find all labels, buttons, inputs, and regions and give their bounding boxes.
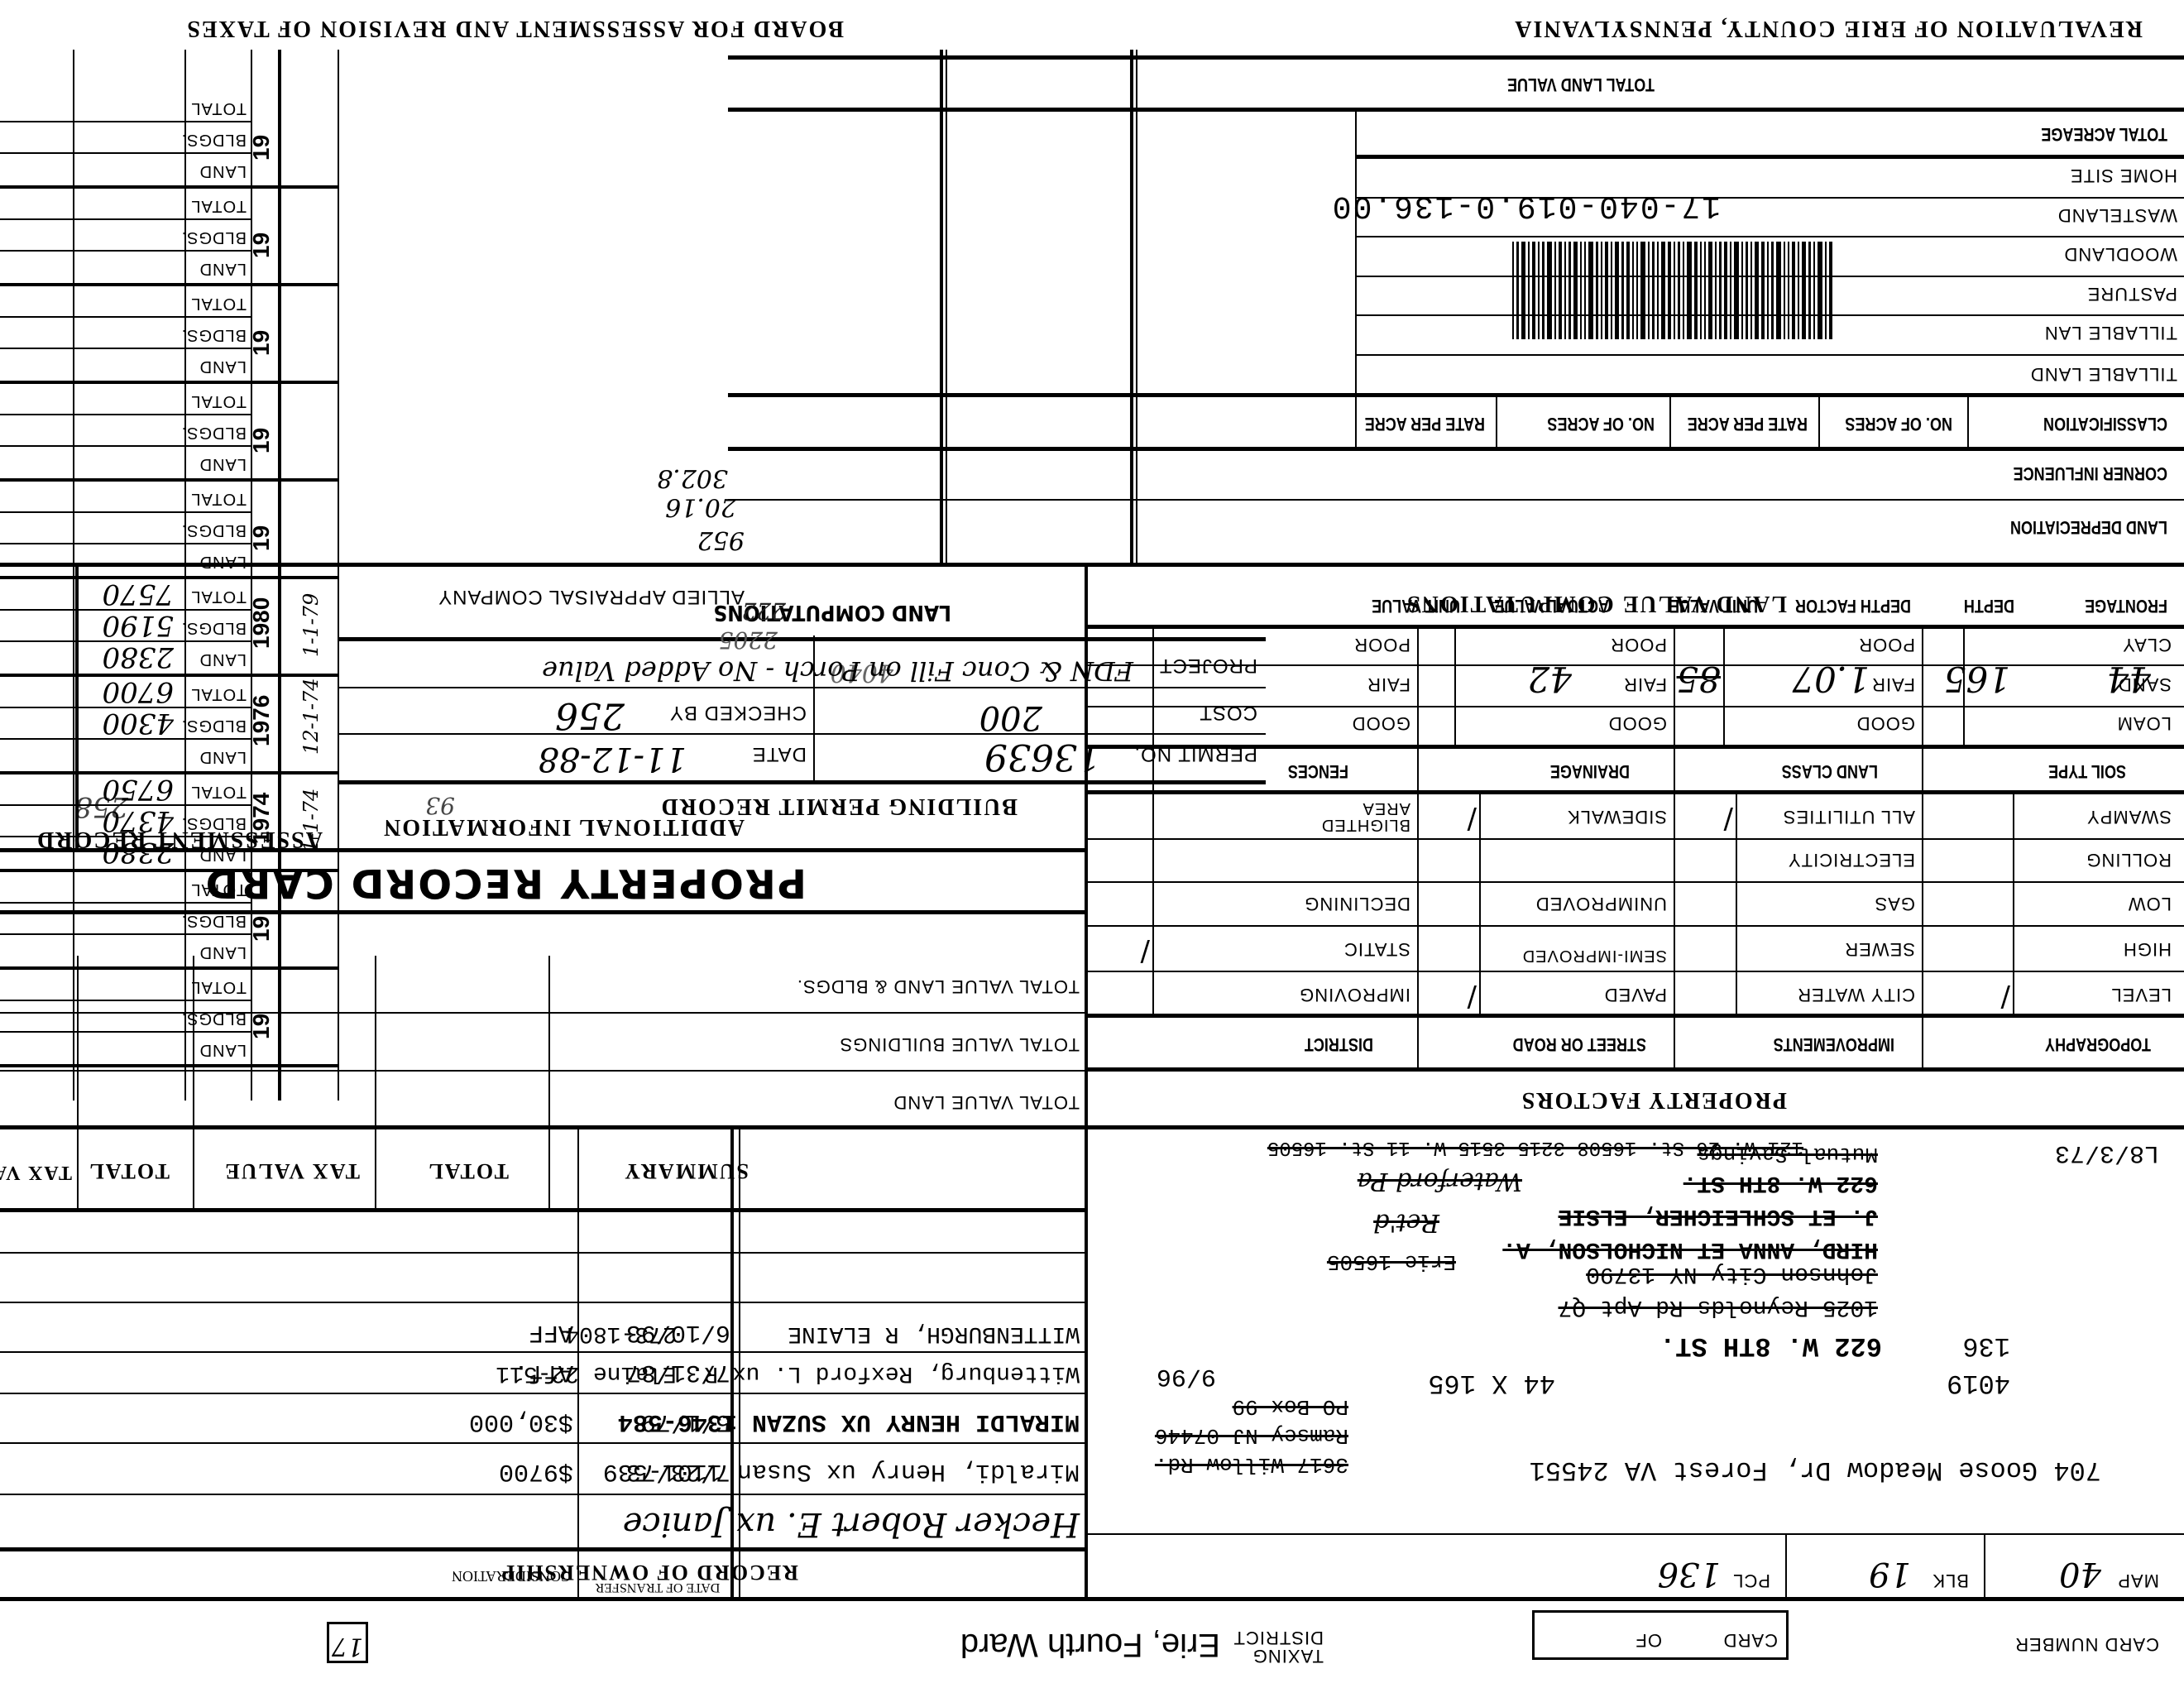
factor-semi-improved[interactable]: SEMI-IMPROVED [1518,947,1667,964]
land-comp-5: 302.8 [657,463,728,492]
lvc-unit-value-2: UNIT VALUE [1372,595,1460,616]
date-row-1: 7/23/73 [626,1457,730,1485]
blk-label: BLK [1932,1570,1969,1591]
factor-electricity[interactable]: ELECTRICITY [1788,849,1915,870]
assessment-value: 6750 [102,773,174,806]
summary-header: SUMMARY [623,1158,749,1183]
lvc-header-row: FRONTAGE DEPTH DEPTH FACTOR UNIT VALUE A… [1274,567,2184,641]
revaluation-title: REVALUATION OF ERIE COUNTY, PENNSYLVANIA [1513,15,2143,41]
assessment-value: 6700 [102,675,174,708]
pcl-value: 136 [1658,1555,1721,1593]
assessment-row-label: TOTAL [190,977,247,996]
factor-unimproved[interactable]: UNIMPROVED [1535,893,1667,914]
taxing-district-value: Erie, Fourth Ward [960,1626,1220,1663]
assessment-row-label: LAND [199,650,247,669]
lvc-frontage-value: 44 [2107,659,2151,699]
rate-per-acre-2: RATE PER ACRE [1365,413,1485,434]
assessment-row-label: TOTAL [190,782,247,801]
factor-gas[interactable]: GAS [1875,893,1915,914]
factor-blighted-area[interactable]: BLIGHTED AREA [1286,800,1410,833]
factor-low[interactable]: LOW [2128,893,2172,914]
checked-by-value[interactable]: 256 [555,694,625,736]
date-row-4: 6/10/93 [626,1318,730,1346]
factor-all-utilities[interactable]: ALL UTILITIES [1783,806,1915,827]
factor-static[interactable]: STATIC [1343,938,1410,960]
property-factors-header: PROPERTY FACTORS [1521,1086,1787,1113]
total-land-value-label: TOTAL LAND VALUE [1507,74,1655,95]
lvc-depth-factor: DEPTH FACTOR [1795,595,1911,616]
prior-address-3: 622 W. 8TH ST. [1683,1170,1878,1196]
summary-row-buildings: TOTAL VALUE BUILDINGS [840,1033,1080,1055]
fences-fair[interactable]: FAIR [1367,674,1410,695]
assessment-row-label: TOTAL [190,391,247,410]
prior-address-1: 1025 Reynolds Rd Apt Q7 [1559,1294,1878,1320]
assessment-block: 19LANDBLDGS.TOTAL [0,970,339,1067]
district-header: DISTRICT [1305,1033,1373,1055]
summary-total-header-2: TOTAL [88,1158,170,1183]
parcel-id-text: 17-040-019.0-136.00 [1331,188,1721,223]
acreage-wasteland: WASTELAND [2057,204,2177,226]
check-all-utilities-icon: / [1724,803,1733,836]
assessment-date-note: 12-1-74 [299,678,323,755]
assessment-row-label: BLDGS. [181,325,247,344]
assessment-block: 19LANDBLDGS.TOTAL [0,482,339,579]
factor-paved[interactable]: PAVED [1604,984,1667,1005]
taxing-district-label: TAXING DISTRICT [1233,1628,1324,1665]
prior-ramsey: Ramsey NJ 07446 [1155,1423,1348,1448]
consideration-row-2: $30,000 [469,1407,573,1436]
land-class-header: LAND CLASS [1782,760,1878,782]
classification-label: CLASSIFICATION [2043,413,2167,434]
assessment-row-label: TOTAL [190,684,247,703]
total-acreage-label: TOTAL ACREAGE [2041,123,2167,145]
summary-row-land: TOTAL VALUE LAND [893,1091,1080,1113]
assessment-row-label: TOTAL [190,489,247,508]
lvc-unit-value-1: UNIT VALUE [1669,595,1758,616]
assessment-row-label: LAND [199,942,247,961]
assessment-year: 19 [248,1014,275,1039]
assessment-year: 19 [248,428,275,453]
owner-address: 704 Goose Meadow Dr, Forest VA 24551 [1530,1455,2101,1485]
factor-rolling[interactable]: ROLLING [2086,849,2172,870]
assessment-row-label: LAND [199,259,247,278]
assessment-row-label: LAND [199,1040,247,1059]
assessment-row-label: TOTAL [190,196,247,215]
consideration-row-4: AFF [529,1318,573,1346]
assessment-value: 2380 [102,836,174,869]
factor-high[interactable]: HIGH [2123,938,2172,960]
assessment-row-label: LAND [199,161,247,180]
card-of-box[interactable]: CARD OF [1532,1610,1789,1660]
assessment-row-label: TOTAL [190,587,247,606]
lvc-unit-value-value: 85 [1677,659,1721,699]
dimensions-value: 44 X 165 [1428,1368,1555,1398]
assessment-row-label: BLDGS. [181,618,247,637]
date-note-1: L8/3/73 [2055,1139,2159,1167]
parcel-barcode [1357,242,1832,339]
assessment-row-label: TOTAL [190,98,247,117]
lvc-frontage: FRONTAGE [2085,595,2167,616]
assessment-date-note: 1-1-74 [299,789,323,852]
district-code-box: 17 [327,1622,368,1663]
code-value: 4019 [1947,1368,2010,1398]
soil-loam[interactable]: LOAM [2117,712,2172,734]
prior-address-2: Johnson City NY 13790 [1586,1261,1878,1287]
land-comp-1: 222 [742,597,786,625]
assessment-row-label: BLDGS. [181,813,247,832]
fences-header: FENCES [1288,760,1348,782]
lvc-actual-value-value: 42 [1528,659,1572,699]
rate-per-acre-1: RATE PER ACRE [1688,413,1808,434]
date-row-3: 7/31/87 [626,1358,730,1386]
drainage-fair[interactable]: FAIR [1623,674,1667,695]
assessment-row-label: BLDGS. [181,716,247,735]
factor-swampy[interactable]: SWAMPY [2086,806,2172,827]
check-static-icon: / [1141,935,1150,968]
drainage-header: DRAINAGE [1550,760,1630,782]
assessment-row-label: BLDGS. [181,423,247,442]
assessment-row-label: BLDGS. [181,130,247,149]
map-label: MAP [2117,1570,2159,1591]
corner-influence-label: CORNER INFLUENCE [2014,463,2167,484]
drainage-good[interactable]: GOOD [1608,712,1667,734]
lvc-depth: DEPTH [1964,595,2014,616]
land-class-fair[interactable]: FAIR [1871,674,1915,695]
land-comp-4: 20.16 [665,492,736,521]
map-value: 40 [2059,1555,2101,1593]
assessment-row-label: BLDGS. [181,228,247,247]
prior-retd: Ret'd [1373,1208,1439,1237]
permit-no-label: PERMIT NO. [1133,742,1257,765]
factor-improving[interactable]: IMPROVING [1299,984,1410,1005]
assessment-row-label: LAND [199,552,247,571]
project-label: PROJECT [1159,654,1257,677]
prior-owner-2: J. ET SCHLEICHER, ELSIE [1559,1203,1878,1229]
assessment-record: 19LANDBLDGS.TOTAL19LANDBLDGS.TOTAL19741-… [0,50,339,1101]
land-comp-2: 2205 [719,626,778,654]
acreage-home-site: HOME SITE [2070,165,2177,186]
assessment-block: 19801-1-79LAND2380BLDGS.5190TOTAL7570 [0,579,339,677]
parcel-number-value: 136 [1962,1331,2010,1361]
prior-waterford: Waterford Pa [1358,1167,1522,1196]
assessment-row-label: TOTAL [190,294,247,313]
improvements-header: IMPROVEMENTS [1774,1033,1894,1055]
topography-header: TOPOGRAPHY [2045,1033,2151,1055]
acreage-tillable-lan: TILLABLE LAN [2044,322,2177,343]
assessment-block: 19LANDBLDGS.TOTAL [0,91,339,189]
acreage-pasture: PASTURE [2087,283,2177,305]
factor-declining[interactable]: DECLINING [1304,893,1410,914]
date-note-2: 9/96 [1157,1362,1216,1390]
assessment-value: 7570 [102,578,174,611]
checked-by-label: CHECKED BY [669,701,807,724]
assessment-year: 19 [248,330,275,356]
assessment-value: 4370 [102,804,174,837]
prior-willow: 3617 Willow Rd. [1155,1452,1348,1477]
check-paved-icon: / [1468,981,1477,1014]
street-road-header: STREET OR ROAD [1513,1033,1646,1055]
acreage-woodland: WOODLAND [2063,243,2177,265]
assessment-block: 19741-1-74LAND2380BLDGS.4370TOTAL6750 [0,774,339,872]
soil-type-header: SOIL TYPE [2048,760,2126,782]
assessment-date-note: 1-1-79 [299,593,323,657]
permit-no-value[interactable]: 13639 [984,736,1100,778]
factor-city-water[interactable]: CITY WATER [1797,984,1915,1005]
assessment-row-label: BLDGS. [181,520,247,539]
building-permit-record: BUILDING PERMIT RECORD 93 PERMIT NO. 136… [339,563,1266,836]
summary-tax-header-2: TAX VALUE [0,1161,72,1183]
prior-address-26st: 121 W. 26 St. 16508 3215 3515 W. 11 St. … [1267,1136,1803,1158]
fences-good[interactable]: GOOD [1352,712,1410,734]
of-label: OF [1635,1629,1662,1651]
assessment-row-label: LAND [199,357,247,376]
lvc-depth-value: 165 [1944,659,2010,699]
assessment-value: 5190 [102,609,174,642]
land-class-good[interactable]: GOOD [1856,712,1915,734]
valuation-grid [728,50,1357,563]
factor-sidewalk[interactable]: SIDEWALK [1567,806,1667,827]
pcl-label: PCL [1732,1570,1770,1591]
parcel-info-panel: MAP 40 BLK 19 PCL 136 704 Goose Meadow D… [1088,1129,2184,1601]
assessment-value: 4300 [102,707,174,740]
assessment-row-label: LAND [199,747,247,766]
owner-row-3: Wittenburg, Rexford L. ux R. Elaine 22-5… [496,1360,1080,1386]
assessment-block: 19LANDBLDGS.TOTAL [0,189,339,286]
date-of-transfer-header: DATE OF TRANSFER [591,1580,724,1594]
cost-value[interactable]: 200 [979,698,1042,736]
no-of-acres-2: NO. OF ACRES [1547,413,1655,434]
consideration-row-1: $9700 [499,1457,573,1485]
factor-level[interactable]: LEVEL [2111,984,2172,1005]
owner-row-0: Hecker Robert E. ux Janice [623,1505,1080,1543]
building-permit-header: BUILDING PERMIT RECORD [660,793,1018,819]
assessment-row-label: LAND [199,845,247,864]
assessment-row-label: BLDGS. [181,911,247,930]
assessment-block: 19LANDBLDGS.TOTAL [0,384,339,482]
prior-owner-1: HIRD, ANNA ET NICHOLSON, A. [1502,1236,1878,1262]
date-row-2: 5/1/79 [641,1407,730,1436]
assessment-year: 19 [248,916,275,942]
board-title: BOARD FOR ASSESSMENT AND REVISION OF TAX… [185,15,844,41]
assessment-row-label: LAND [199,454,247,473]
project-value[interactable]: FDN & Conc Fill on Porch - No Added Valu… [542,655,1133,687]
cost-label: COST [1199,701,1257,724]
summary-tax-header-1: TAX VALUE [223,1158,360,1183]
permit-date-label: DATE [752,742,807,765]
permit-side-note: 93 [425,792,455,819]
card-number-label: CARD NUMBER [2014,1633,2159,1655]
assessment-block: 197612-1-74LANDBLDGS.4300TOTAL6700 [0,677,339,774]
assessment-block: 19LANDBLDGS.TOTAL [0,286,339,384]
assessment-value: 2380 [102,640,174,674]
lvc-actual-value-1: ACTUAL VALUE [1494,595,1609,616]
consideration-header: CONSIDERATION [452,1567,571,1585]
consideration-row-3: Aff. [514,1358,573,1386]
factor-sewer[interactable]: SEWER [1844,938,1915,960]
assessment-year: 19 [248,233,275,258]
summary-row-total: TOTAL VALUE LAND & BLDGS. [797,976,1080,997]
assessment-row-label: BLDGS. [181,1009,247,1028]
summary-total-header-1: TOTAL [427,1158,509,1183]
assessment-row-label: TOTAL [190,880,247,899]
prior-erie: Erie 16505 [1327,1249,1456,1274]
card-label: CARD [1723,1629,1778,1651]
no-of-acres-1: NO. OF ACRES [1845,413,1952,434]
blk-value: 19 [1869,1555,1911,1593]
lvc-depth-factor-value: 1.07 [1792,659,1870,699]
acreage-tillable-land: TILLABLE LAND [2030,363,2177,385]
land-depreciation-label: LAND DEPRECIATION [2010,516,2167,538]
record-of-ownership: RECORD OF OWNERSHIP DATE OF TRANSFER CON… [0,1129,1088,1601]
location-value: 622 W. 8TH ST. [1660,1331,1882,1361]
property-record-card: CARD NUMBER CARD OF TAXING DISTRICT Erie… [0,0,2184,1688]
prior-po-box: PO Box 99 [1233,1394,1348,1419]
assessment-year: 19 [248,525,275,551]
assessment-block: 19LANDBLDGS.TOTAL [0,872,339,970]
permit-date-value[interactable]: 11-12-88 [538,740,687,778]
check-level-icon: / [2001,981,2010,1014]
assessment-year: 19 [248,135,275,161]
check-sidewalk-icon: / [1468,803,1477,836]
